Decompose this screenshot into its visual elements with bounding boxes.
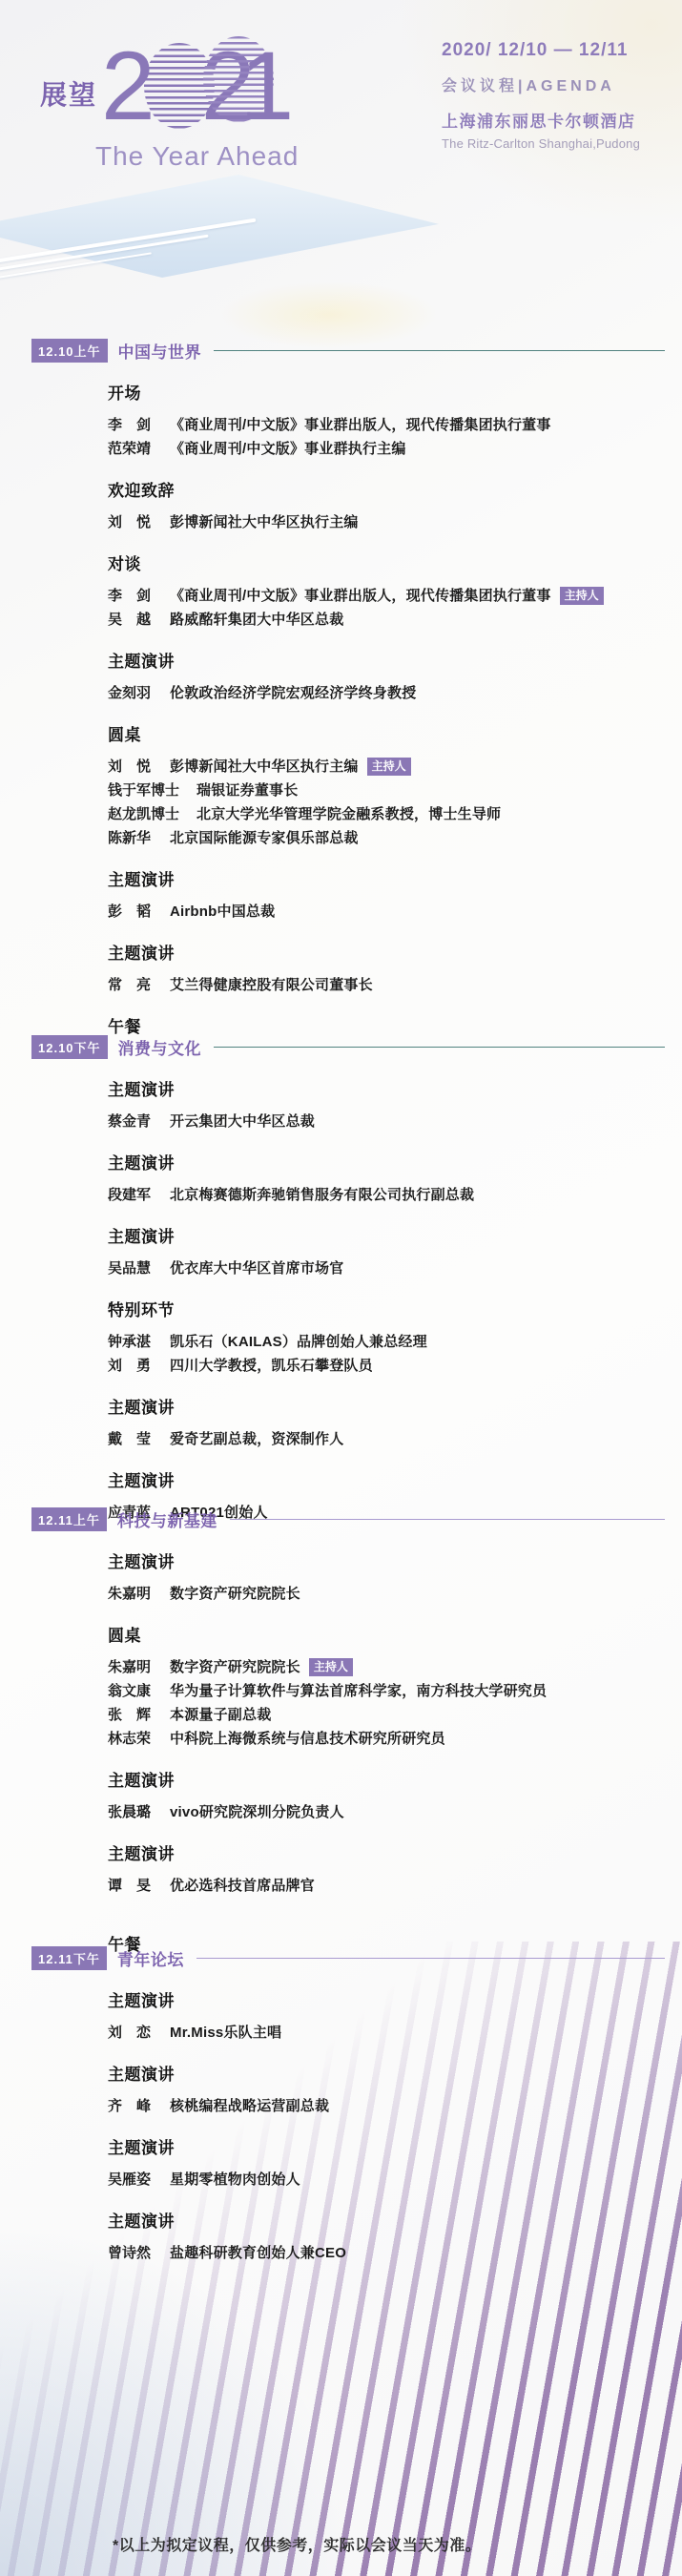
agenda-group: 主题演讲 吴雁姿 星期零植物肉创始人 <box>108 2139 665 2192</box>
logo-year-2021: 2 2 1 <box>101 34 294 137</box>
speaker-row: 吴品慧 优衣库大中华区首席市场官 <box>108 1257 665 1280</box>
speaker-name: 金刻羽 <box>108 681 153 705</box>
speaker-role: 四川大学教授，凯乐石攀登队员 <box>170 1354 373 1378</box>
section-divider-line <box>230 1519 665 1520</box>
venue-name-cn: 上海浦东丽思卡尔顿酒店 <box>442 108 640 132</box>
agenda-group: 主题演讲 蔡金青 开云集团大中华区总裁 <box>108 1081 665 1133</box>
speaker-row: 齐 峰 核桃编程战略运营副总裁 <box>108 2094 665 2118</box>
speaker-name: 林志荣 <box>108 1727 153 1751</box>
agenda-group: 主题演讲 戴 莹 爱奇艺副总裁，资深制作人 <box>108 1399 665 1451</box>
speaker-row: 林志荣 中科院上海微系统与信息技术研究所研究员 <box>108 1727 665 1751</box>
agenda-group: 欢迎致辞 刘 悦 彭博新闻社大中华区执行主编 <box>108 482 665 534</box>
event-date-range: 2020/ 12/10 — 12/11 <box>442 40 640 61</box>
speaker-role: 北京大学光华管理学院金融系教授，博士生导师 <box>196 802 501 826</box>
agenda-group: 圆桌 刘 悦 彭博新闻社大中华区执行主编 主持人 钱于军博士 瑞银证券董事长 赵… <box>108 726 665 850</box>
speaker-role: 中科院上海微系统与信息技术研究所研究员 <box>170 1727 445 1751</box>
section-header: 12.11上午 科技与新基建 <box>31 1507 665 1531</box>
speaker-role: 凯乐石（KAILAS）品牌创始人兼总经理 <box>170 1330 427 1354</box>
speaker-name: 常 亮 <box>108 973 153 997</box>
speaker-name: 李 剑 <box>108 413 153 437</box>
speaker-role: 星期零植物肉创始人 <box>170 2168 300 2192</box>
group-title: 主题演讲 <box>108 2139 665 2158</box>
agenda-group: 圆桌 朱嘉明 数字资产研究院院长 主持人 翁文康 华为量子计算软件与算法首席科学… <box>108 1627 665 1751</box>
section-header: 12.11下午 青年论坛 <box>31 1946 665 1970</box>
logo-digit-one-wrap: 1 <box>239 37 294 135</box>
speaker-row: 翁文康 华为量子计算软件与算法首席科学家，南方科技大学研究员 <box>108 1679 665 1703</box>
speaker-row: 钱于军博士 瑞银证券董事长 <box>108 779 665 802</box>
group-title: 特别环节 <box>108 1301 665 1320</box>
section-title: 消费与文化 <box>118 1035 202 1059</box>
group-title: 欢迎致辞 <box>108 482 665 501</box>
section-time-badge: 12.11下午 <box>31 1946 107 1970</box>
logo-prefix-text: 展望 <box>40 74 97 113</box>
section-title: 中国与世界 <box>118 339 202 363</box>
agenda-group: 主题演讲 齐 峰 核桃编程战略运营副总裁 <box>108 2066 665 2118</box>
speaker-role: 数字资产研究院院长 <box>170 1655 300 1679</box>
speaker-name: 翁文康 <box>108 1679 153 1703</box>
group-title: 主题演讲 <box>108 1553 665 1572</box>
speaker-role: 核桃编程战略运营副总裁 <box>170 2094 329 2118</box>
group-title: 主题演讲 <box>108 871 665 890</box>
agenda-group: 主题演讲 常 亮 艾兰得健康控股有限公司董事长 <box>108 945 665 997</box>
speaker-row: 刘 恋 Mr.Miss乐队主唱 <box>108 2021 665 2045</box>
speaker-row: 范荣靖 《商业周刊/中文版》事业群执行主编 <box>108 437 665 461</box>
speaker-role: 《商业周刊/中文版》事业群执行主编 <box>170 437 406 461</box>
speaker-role: 彭博新闻社大中华区执行主编 <box>170 510 359 534</box>
speaker-name: 刘 悦 <box>108 755 153 779</box>
section-time-badge: 12.10下午 <box>31 1035 108 1059</box>
event-logo: 展望 2 2 1 The Year Ahead <box>40 34 299 172</box>
agenda-group: 对谈 李 剑 《商业周刊/中文版》事业群出版人，现代传播集团执行董事 主持人 吴… <box>108 555 665 632</box>
agenda-section-morning-1211: 12.11上午 科技与新基建 主题演讲 朱嘉明 数字资产研究院院长 圆桌 朱嘉明… <box>31 1507 665 1976</box>
section-time-badge: 12.10上午 <box>31 339 108 363</box>
agenda-section-afternoon-1210: 12.10下午 消费与文化 主题演讲 蔡金青 开云集团大中华区总裁 主题演讲 段… <box>31 1035 665 1546</box>
agenda-group: 主题演讲 曾诗然 盐趣科研教育创始人兼CEO <box>108 2212 665 2265</box>
agenda-section-morning-1210: 12.10上午 中国与世界 开场 李 剑 《商业周刊/中文版》事业群出版人，现代… <box>31 339 665 1058</box>
speaker-name: 张 辉 <box>108 1703 153 1727</box>
speaker-name: 彭 韬 <box>108 900 153 924</box>
agenda-section-afternoon-1211: 12.11下午 青年论坛 主题演讲 刘 恋 Mr.Miss乐队主唱 主题演讲 齐… <box>31 1946 665 2286</box>
speaker-row: 李 剑 《商业周刊/中文版》事业群出版人，现代传播集团执行董事 主持人 <box>108 584 665 608</box>
speaker-role: 路威酩轩集团大中华区总裁 <box>170 608 343 632</box>
group-title: 主题演讲 <box>108 1399 665 1418</box>
section-divider-line <box>214 1047 665 1048</box>
speaker-role: 本源量子副总裁 <box>170 1703 271 1727</box>
section-time-badge: 12.11上午 <box>31 1507 107 1531</box>
group-title: 圆桌 <box>108 1627 665 1646</box>
speaker-name: 钱于军博士 <box>108 779 179 802</box>
agenda-label: 会议议程|AGENDA <box>442 73 640 95</box>
speaker-role: 伦敦政治经济学院宏观经济学终身教授 <box>170 681 416 705</box>
venue-name-en: The Ritz-Carlton Shanghai,Pudong <box>442 136 640 151</box>
speaker-row: 谭 旻 优必选科技首席品牌官 <box>108 1874 665 1898</box>
group-title: 主题演讲 <box>108 1772 665 1791</box>
speaker-row: 吴雁姿 星期零植物肉创始人 <box>108 2168 665 2192</box>
speaker-name: 李 剑 <box>108 584 153 608</box>
speaker-name: 朱嘉明 <box>108 1655 153 1679</box>
speaker-name: 曾诗然 <box>108 2241 153 2265</box>
speaker-role: 优衣库大中华区首席市场官 <box>170 1257 343 1280</box>
speaker-role: 华为量子计算软件与算法首席科学家，南方科技大学研究员 <box>170 1679 547 1703</box>
speaker-name: 谭 旻 <box>108 1874 153 1898</box>
speaker-role: Airbnb中国总裁 <box>170 900 275 924</box>
speaker-row: 蔡金青 开云集团大中华区总裁 <box>108 1110 665 1133</box>
group-title: 主题演讲 <box>108 1472 665 1491</box>
agenda-group: 主题演讲 段建军 北京梅赛德斯奔驰销售服务有限公司执行副总裁 <box>108 1154 665 1207</box>
speaker-row: 赵龙凯博士 北京大学光华管理学院金融系教授，博士生导师 <box>108 802 665 826</box>
group-title: 对谈 <box>108 555 665 574</box>
speaker-role: 《商业周刊/中文版》事业群出版人，现代传播集团执行董事 <box>170 413 551 437</box>
section-title: 科技与新基建 <box>117 1507 217 1531</box>
speaker-role: 数字资产研究院院长 <box>170 1582 300 1606</box>
speaker-row: 金刻羽 伦敦政治经济学院宏观经济学终身教授 <box>108 681 665 705</box>
speaker-name: 钟承湛 <box>108 1330 153 1354</box>
speaker-name: 刘 恋 <box>108 2021 153 2045</box>
speaker-role: 北京国际能源专家俱乐部总裁 <box>170 826 359 850</box>
speaker-name: 吴雁姿 <box>108 2168 153 2192</box>
group-title: 主题演讲 <box>108 945 665 964</box>
speaker-role: 爱奇艺副总裁，资深制作人 <box>170 1427 343 1451</box>
speaker-name: 蔡金青 <box>108 1110 153 1133</box>
speaker-row: 刘 悦 彭博新闻社大中华区执行主编 <box>108 510 665 534</box>
section-divider-line <box>214 350 665 351</box>
speaker-name: 范荣靖 <box>108 437 153 461</box>
speaker-name: 刘 悦 <box>108 510 153 534</box>
speaker-row: 李 剑 《商业周刊/中文版》事业群出版人，现代传播集团执行董事 <box>108 413 665 437</box>
speaker-role: vivo研究院深圳分院负责人 <box>170 1800 344 1824</box>
speaker-role: 盐趣科研教育创始人兼CEO <box>170 2241 346 2265</box>
agenda-group: 特别环节 钟承湛 凯乐石（KAILAS）品牌创始人兼总经理 刘 勇 四川大学教授… <box>108 1301 665 1378</box>
speaker-name: 陈新华 <box>108 826 153 850</box>
speaker-role: Mr.Miss乐队主唱 <box>170 2021 281 2045</box>
group-title: 主题演讲 <box>108 653 665 672</box>
speaker-row: 曾诗然 盐趣科研教育创始人兼CEO <box>108 2241 665 2265</box>
speaker-name: 吴品慧 <box>108 1257 153 1280</box>
group-title: 午餐 <box>108 1018 665 1037</box>
speaker-row: 朱嘉明 数字资产研究院院长 <box>108 1582 665 1606</box>
group-title: 主题演讲 <box>108 2212 665 2232</box>
speaker-row: 段建军 北京梅赛德斯奔驰销售服务有限公司执行副总裁 <box>108 1183 665 1207</box>
group-title: 主题演讲 <box>108 1081 665 1100</box>
agenda-group: 主题演讲 朱嘉明 数字资产研究院院长 <box>108 1553 665 1606</box>
speaker-row: 张 辉 本源量子副总裁 <box>108 1703 665 1727</box>
agenda-group: 主题演讲 吴品慧 优衣库大中华区首席市场官 <box>108 1228 665 1280</box>
speaker-row: 陈新华 北京国际能源专家俱乐部总裁 <box>108 826 665 850</box>
agenda-group: 午餐 <box>108 1018 665 1037</box>
speaker-role: 优必选科技首席品牌官 <box>170 1874 315 1898</box>
logo-subtitle: The Year Ahead <box>95 141 299 172</box>
speaker-row: 常 亮 艾兰得健康控股有限公司董事长 <box>108 973 665 997</box>
agenda-group: 主题演讲 金刻羽 伦敦政治经济学院宏观经济学终身教授 <box>108 653 665 705</box>
section-header: 12.10下午 消费与文化 <box>31 1035 665 1059</box>
disclaimer-note: *以上为拟定议程，仅供参考，实际以会议当天为准。 <box>113 2533 481 2555</box>
agenda-poster: 展望 2 2 1 The Year Ahead 2020/ 12/10 — 12… <box>0 0 682 2576</box>
speaker-name: 齐 峰 <box>108 2094 153 2118</box>
group-title: 主题演讲 <box>108 2066 665 2085</box>
speaker-row: 钟承湛 凯乐石（KAILAS）品牌创始人兼总经理 <box>108 1330 665 1354</box>
group-title: 主题演讲 <box>108 1845 665 1864</box>
host-badge: 主持人 <box>367 758 411 776</box>
speaker-name: 朱嘉明 <box>108 1582 153 1606</box>
speaker-name: 戴 莹 <box>108 1427 153 1451</box>
speaker-name: 段建军 <box>108 1183 153 1207</box>
section-title: 青年论坛 <box>117 1946 184 1970</box>
speaker-role: 彭博新闻社大中华区执行主编 <box>170 755 359 779</box>
speaker-name: 刘 勇 <box>108 1354 153 1378</box>
group-title: 开场 <box>108 384 665 404</box>
speaker-role: 艾兰得健康控股有限公司董事长 <box>170 973 373 997</box>
speaker-row: 戴 莹 爱奇艺副总裁，资深制作人 <box>108 1427 665 1451</box>
group-title: 主题演讲 <box>108 1228 665 1247</box>
speaker-role: 瑞银证券董事长 <box>196 779 298 802</box>
agenda-group: 主题演讲 彭 韬 Airbnb中国总裁 <box>108 871 665 924</box>
group-title: 主题演讲 <box>108 1154 665 1174</box>
agenda-group: 主题演讲 刘 恋 Mr.Miss乐队主唱 <box>108 1992 665 2045</box>
speaker-name: 吴 越 <box>108 608 153 632</box>
group-title: 圆桌 <box>108 726 665 745</box>
logo-digit: 1 <box>239 31 294 140</box>
speaker-role: 开云集团大中华区总裁 <box>170 1110 315 1133</box>
speaker-row: 朱嘉明 数字资产研究院院长 主持人 <box>108 1655 665 1679</box>
group-title: 主题演讲 <box>108 1992 665 2011</box>
section-header: 12.10上午 中国与世界 <box>31 339 665 363</box>
speaker-row: 刘 悦 彭博新闻社大中华区执行主编 主持人 <box>108 755 665 779</box>
speaker-row: 吴 越 路威酩轩集团大中华区总裁 <box>108 608 665 632</box>
speaker-role: 北京梅赛德斯奔驰销售服务有限公司执行副总裁 <box>170 1183 474 1207</box>
speaker-name: 张晨璐 <box>108 1800 153 1824</box>
speaker-row: 刘 勇 四川大学教授，凯乐石攀登队员 <box>108 1354 665 1378</box>
agenda-group: 开场 李 剑 《商业周刊/中文版》事业群出版人，现代传播集团执行董事 范荣靖 《… <box>108 384 665 461</box>
speaker-row: 彭 韬 Airbnb中国总裁 <box>108 900 665 924</box>
speaker-role: 《商业周刊/中文版》事业群出版人，现代传播集团执行董事 <box>170 584 551 608</box>
event-info-block: 2020/ 12/10 — 12/11 会议议程|AGENDA 上海浦东丽思卡尔… <box>442 40 640 151</box>
speaker-name: 赵龙凯博士 <box>108 802 179 826</box>
agenda-group: 主题演讲 谭 旻 优必选科技首席品牌官 <box>108 1845 665 1898</box>
speaker-row: 张晨璐 vivo研究院深圳分院负责人 <box>108 1800 665 1824</box>
host-badge: 主持人 <box>560 587 604 605</box>
agenda-group: 主题演讲 张晨璐 vivo研究院深圳分院负责人 <box>108 1772 665 1824</box>
section-divider-line <box>196 1958 665 1959</box>
host-badge: 主持人 <box>309 1658 353 1676</box>
